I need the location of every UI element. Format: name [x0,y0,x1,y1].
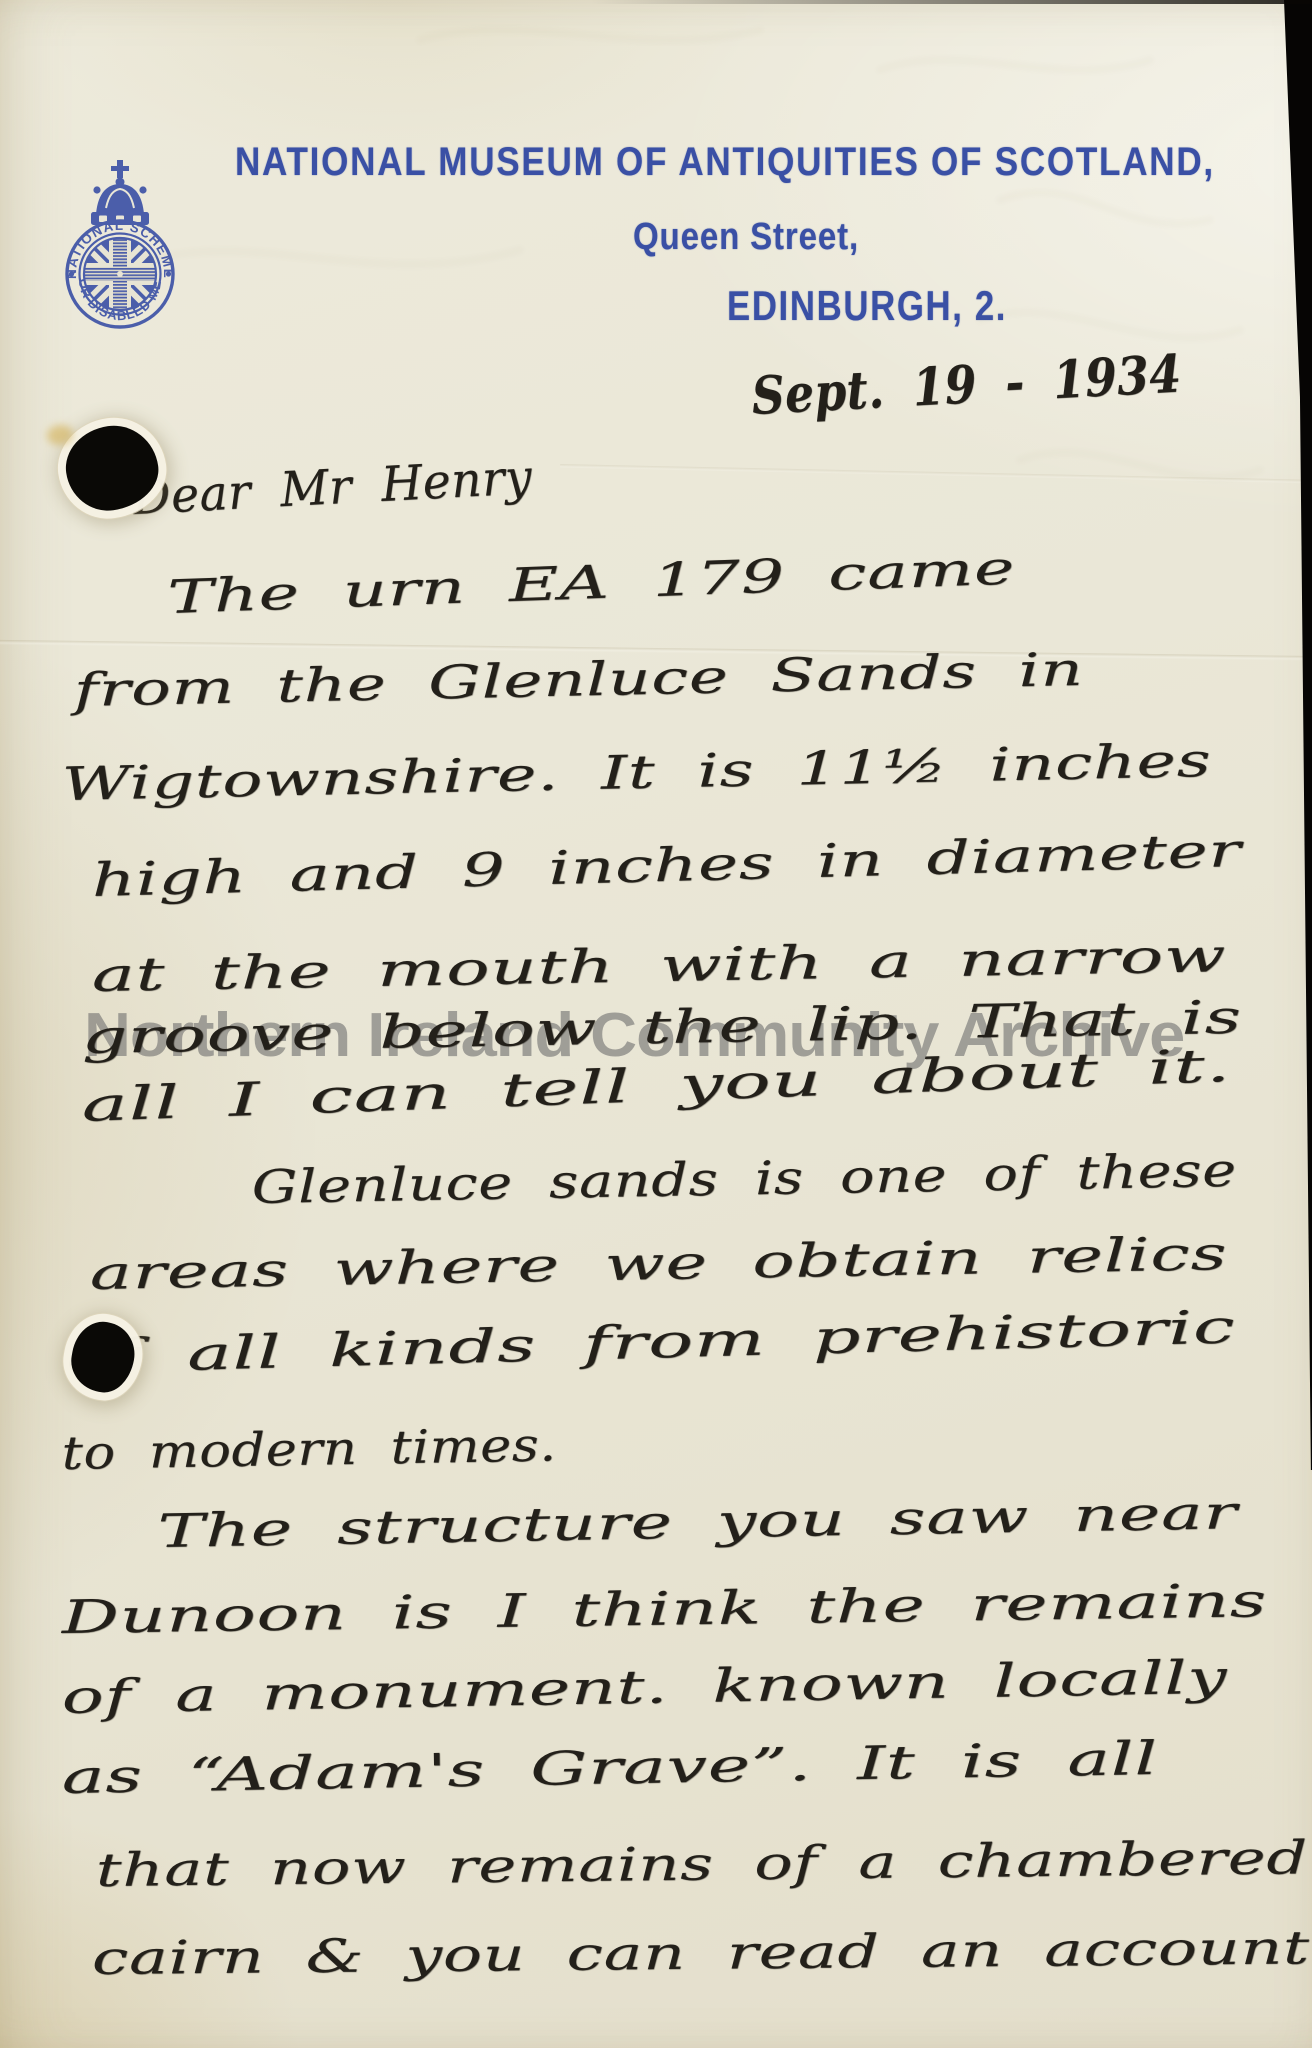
scan-background-edge [0,0,1312,4]
crown-icon [91,160,149,225]
national-scheme-for-disabled-men-stamp: NATIONAL SCHEME FOR DISABLED MEN [56,156,184,338]
handwriting-line: cairn & you can read an account [92,1920,1310,1997]
letter-scan: NATIONAL SCHEME FOR DISABLED MEN [0,0,1312,2048]
handwriting-line: high and 9 inches in diameter [91,823,1242,919]
handwriting-line: Glenluce sands is one of these [251,1143,1237,1226]
handwriting-line: to modern times. [61,1417,557,1492]
scan-background-edge [1284,0,1312,1470]
paper-crease [560,464,1312,484]
letterhead-city: EDINBURGH, 2. [727,282,1007,330]
salutation: Dear Mr Henry [131,449,533,526]
handwriting-line: areas where we obtain relics [89,1226,1228,1312]
handwriting-line: that now remains of a chambered [96,1830,1309,1909]
handwriting-line: from the Glenluce Sands in [73,642,1084,729]
handwriting-line: Wigtownshire. It is 11½ inches [61,733,1212,823]
handwriting-line: The urn EA 179 came [167,540,1017,636]
handwriting-line: as “Adam's Grave”. It is all [61,1731,1158,1816]
handwritten-date: Sept. 19 - 1934 [750,344,1183,427]
handwriting-line: Dunoon is I think the remains [61,1573,1267,1656]
letterhead-street: Queen Street, [633,216,859,259]
letterhead-organization: NATIONAL MUSEUM OF ANTIQUITIES OF SCOTLA… [235,140,1215,185]
handwriting-line: The structure you saw near [157,1485,1238,1570]
handwriting-line: of a monument. known locally [61,1650,1228,1736]
handwriting-line: of all kinds from prehistoric [65,1299,1236,1396]
